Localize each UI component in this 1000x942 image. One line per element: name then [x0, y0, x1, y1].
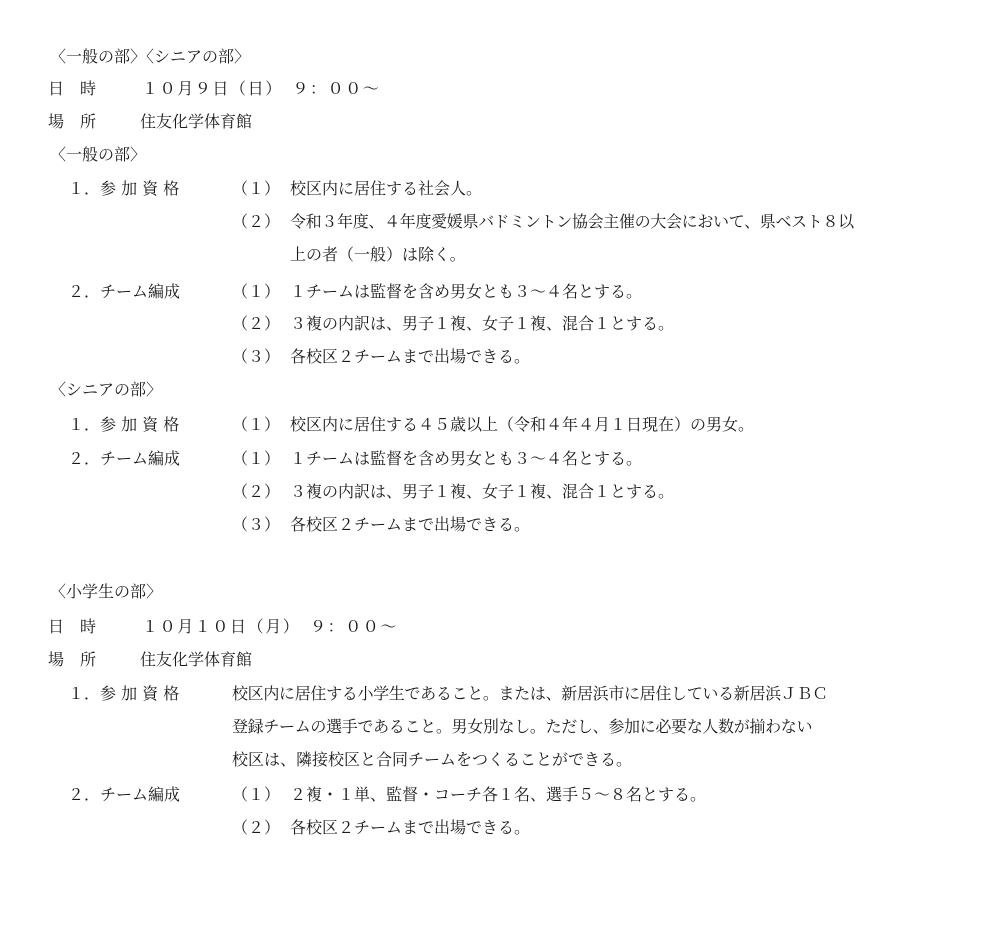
- senior-team-item-3-num: （３）: [232, 515, 280, 535]
- datetime-label: 日 時: [48, 79, 96, 99]
- general-team-label: ２．チーム編成: [68, 282, 180, 302]
- venue-label: 場 所: [48, 112, 96, 132]
- senior-team-label: ２．チーム編成: [68, 449, 180, 469]
- elementary-venue-label: 場 所: [48, 650, 96, 670]
- venue-value: 住友化学体育館: [140, 112, 252, 132]
- general-team-item-2-text: ３複の内訳は、男子１複、女子１複、混合１とする。: [290, 314, 674, 334]
- general-eligibility-item-2-text: 令和３年度、４年度愛媛県バドミントン協会主催の大会において、県ベスト８以: [290, 212, 854, 232]
- elementary-team-item-1-text: ２複・１単、監督・コーチ各１名、選手５～８名とする。: [290, 785, 706, 805]
- senior-team-item-2-num: （２）: [232, 482, 280, 502]
- senior-heading: 〈シニアの部〉: [50, 380, 162, 400]
- senior-eligibility-label: １．参 加 資 格: [68, 415, 179, 435]
- general-team-item-1-num: （１）: [232, 282, 280, 302]
- senior-team-item-1-num: （１）: [232, 449, 280, 469]
- senior-team-item-3-text: 各校区２チームまで出場できる。: [290, 515, 530, 535]
- section-title-general-senior: 〈一般の部〉〈シニアの部〉: [50, 47, 250, 67]
- elementary-team-item-2-num: （２）: [232, 818, 280, 838]
- general-heading: 〈一般の部〉: [50, 145, 146, 165]
- general-eligibility-item-1-text: 校区内に居住する社会人。: [290, 179, 482, 199]
- general-eligibility-item-2-num: （２）: [232, 212, 280, 232]
- elementary-eligibility-line-1: 校区内に居住する小学生であること。または、新居浜市に居住している新居浜ＪＢＣ: [232, 684, 828, 704]
- senior-team-item-1-text: １チームは監督を含め男女とも３～４名とする。: [290, 449, 642, 469]
- general-team-item-3-num: （３）: [232, 347, 280, 367]
- general-eligibility-item-1-num: （１）: [232, 179, 280, 199]
- general-team-item-1-text: １チームは監督を含め男女とも３～４名とする。: [290, 282, 642, 302]
- senior-eligibility-item-1-text: 校区内に居住する４５歳以上（令和４年４月１日現在）の男女。: [290, 415, 754, 435]
- elementary-eligibility-line-3: 校区は、隣接校区と合同チームをつくることができる。: [232, 750, 632, 770]
- elementary-team-item-1-num: （１）: [232, 785, 280, 805]
- datetime-value: １０月９日（日） ９：００～: [142, 79, 380, 99]
- elementary-heading: 〈小学生の部〉: [50, 582, 162, 602]
- elementary-eligibility-label: １．参 加 資 格: [68, 684, 179, 704]
- general-team-item-3-text: 各校区２チームまで出場できる。: [290, 347, 530, 367]
- senior-team-item-2-text: ３複の内訳は、男子１複、女子１複、混合１とする。: [290, 482, 674, 502]
- general-team-item-2-num: （２）: [232, 314, 280, 334]
- elementary-datetime-label: 日 時: [48, 617, 96, 637]
- senior-eligibility-item-1-num: （１）: [232, 415, 280, 435]
- elementary-datetime-value: １０月１０日（月） ９：００～: [142, 617, 398, 637]
- general-eligibility-item-2-cont: 上の者（一般）は除く。: [290, 245, 466, 265]
- elementary-eligibility-line-2: 登録チームの選手であること。男女別なし。ただし、参加に必要な人数が揃わない: [232, 717, 812, 737]
- elementary-team-item-2-text: 各校区２チームまで出場できる。: [290, 818, 530, 838]
- general-eligibility-label: １．参 加 資 格: [68, 179, 179, 199]
- elementary-venue-value: 住友化学体育館: [140, 650, 252, 670]
- elementary-team-label: ２．チーム編成: [68, 785, 180, 805]
